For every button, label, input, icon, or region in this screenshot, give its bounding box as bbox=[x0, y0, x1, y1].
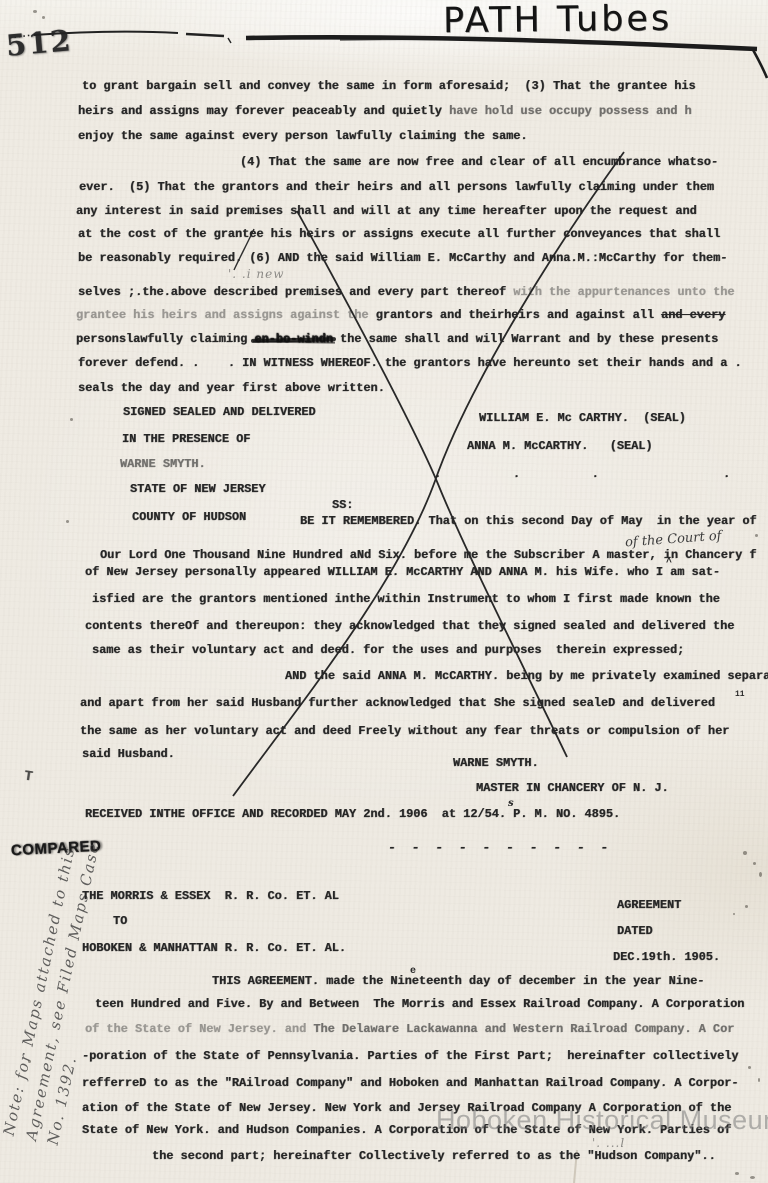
scan-speck bbox=[748, 1066, 751, 1069]
typed-line: any interest in said premises shall and … bbox=[76, 205, 697, 218]
superscript-correction: s bbox=[508, 798, 514, 809]
scanned-document-page: PATH Tubes 512 to grant bargain sell and… bbox=[0, 0, 768, 1183]
typed-line: selves ;.the.above described premises an… bbox=[78, 286, 734, 299]
typed-line: enjoy the same against every person lawf… bbox=[78, 130, 528, 143]
scan-speck bbox=[750, 1176, 755, 1179]
top-rule-tick bbox=[228, 38, 231, 43]
scan-speck bbox=[759, 872, 762, 877]
scan-speck bbox=[33, 10, 37, 13]
typed-line: ever. (5) That the grantors and their he… bbox=[79, 181, 714, 194]
presence-line: IN THE PRESENCE OF bbox=[122, 433, 250, 446]
typed-line: grantee his heirs and assigns against th… bbox=[76, 309, 725, 322]
typed-line: said Husband. bbox=[82, 748, 175, 761]
typed-line: teen Hundred and Five. By and Between Th… bbox=[95, 998, 744, 1011]
scan-speck bbox=[733, 913, 735, 915]
pencil-annotation: '. .i new bbox=[228, 267, 285, 281]
typed-line: at the cost of the grantee his heirs or … bbox=[78, 228, 720, 241]
superscript-correction: 11 bbox=[735, 690, 745, 699]
typed-line: -poration of the State of Pennsylvania. … bbox=[82, 1050, 738, 1063]
signed-line: SIGNED SEALED AND DELIVERED bbox=[123, 406, 316, 419]
typed-line: AND the said ANNA M. McCARTHY. being by … bbox=[285, 670, 768, 683]
scan-speck bbox=[743, 851, 747, 855]
typed-line: be reasonably required. (6) AND the said… bbox=[78, 252, 727, 265]
typed-line: and apart from her said Husband further … bbox=[80, 697, 715, 710]
ss-abbrev: SS: bbox=[332, 499, 353, 512]
typed-line: of the State of New Jersey. and The Dela… bbox=[85, 1023, 734, 1036]
party-line: THE MORRIS & ESSEX R. R. Co. ET. AL bbox=[82, 890, 339, 903]
officer-name: WARNE SMYTH. bbox=[453, 757, 539, 770]
museum-watermark: Hoboken Historical Museum bbox=[436, 1105, 768, 1136]
faded-text: of the State of New Jersey. and bbox=[85, 1022, 313, 1036]
typed-line: heirs and assigns may forever peaceably … bbox=[78, 105, 692, 118]
pencil-annotation: '. ...l bbox=[592, 1136, 625, 1150]
typed-line: refferreD to as the "RAilroad Company" a… bbox=[82, 1077, 738, 1090]
overstruck-text: en-bo-windn bbox=[254, 332, 333, 346]
smudged-text: have hold use occupy possess and h bbox=[449, 104, 692, 118]
margin-handwritten-note: Note: for Maps attached to this Agreemen… bbox=[0, 810, 132, 1147]
typed-line: the same as her voluntary act and deed F… bbox=[80, 725, 729, 738]
typed-line: to grant bargain sell and convey the sam… bbox=[82, 80, 696, 93]
dots-row: . . . . . bbox=[434, 468, 768, 481]
typed-line: (4) That the same are now free and clear… bbox=[240, 156, 718, 169]
margin-mark: T bbox=[23, 769, 33, 785]
top-rule-hook bbox=[752, 48, 767, 78]
superscript-correction: e bbox=[410, 966, 416, 977]
faded-text: grantee his heirs and assigns against th… bbox=[76, 308, 376, 322]
officer-title: MASTER IN CHANCERY OF N. J. bbox=[476, 782, 669, 795]
typed-line: the second part; hereinafter Collectivel… bbox=[152, 1150, 716, 1163]
to-label: TO bbox=[113, 915, 127, 928]
typed-line: THIS AGREEMENT. made the Nineteenth day … bbox=[212, 975, 704, 988]
scan-speck bbox=[735, 1172, 739, 1175]
handwritten-title: PATH Tubes bbox=[443, 0, 673, 41]
scan-speck bbox=[755, 534, 758, 537]
struck-words: and every bbox=[661, 308, 725, 322]
typed-line: personslawfully claiming en-bo-windn the… bbox=[76, 333, 718, 346]
county-line: COUNTY OF HUDSON bbox=[132, 511, 246, 524]
typed-line: isfied are the grantors mentioned inthe … bbox=[92, 593, 720, 606]
witness-name: WARNE SMYTH. bbox=[120, 458, 206, 471]
scan-speck bbox=[745, 905, 748, 908]
date-value: DEC.19th. 1905. bbox=[613, 951, 720, 964]
typed-line: Our Lord One Thousand Nine Hundred aNd S… bbox=[100, 549, 756, 562]
seal-line-william: WILLIAM E. Mc CARTHY. (SEAL) bbox=[479, 412, 686, 425]
faded-text: with the appurtenances unto the bbox=[513, 285, 734, 299]
typed-line: seals the day and year first above writt… bbox=[78, 382, 385, 395]
scan-speck bbox=[66, 520, 69, 523]
top-rule-dash bbox=[186, 34, 224, 36]
typed-line: forever defend. . . IN WITNESS WHEREOF. … bbox=[78, 357, 742, 370]
state-line: STATE OF NEW JERSEY bbox=[130, 483, 266, 496]
page-number-stamp: 512 bbox=[5, 23, 74, 63]
scan-speck bbox=[42, 16, 45, 19]
typed-line: same as their voluntary act and deed. fo… bbox=[92, 644, 684, 657]
party-line: HOBOKEN & MANHATTAN R. R. Co. ET. AL. bbox=[82, 942, 346, 955]
typed-line: contents thereOf and thereupon: they ack… bbox=[85, 620, 734, 633]
scan-speck bbox=[28, 1060, 31, 1063]
typed-divider: - - - - - - - - - - bbox=[388, 841, 610, 855]
seal-line-anna: ANNA M. McCARTHY. (SEAL) bbox=[467, 440, 653, 453]
typed-line: BE IT REMEMBERED. That on this second Da… bbox=[300, 515, 757, 528]
scan-speck bbox=[70, 418, 73, 421]
agreement-label: AGREEMENT bbox=[617, 899, 681, 912]
typed-line: of New Jersey personally appeared WILLIA… bbox=[85, 566, 720, 579]
scan-speck bbox=[753, 862, 756, 865]
dated-label: DATED bbox=[617, 925, 653, 938]
scan-speck bbox=[758, 1078, 760, 1082]
recording-line: RECEIVED INTHE OFFICE AND RECORDED MAY 2… bbox=[85, 808, 620, 821]
